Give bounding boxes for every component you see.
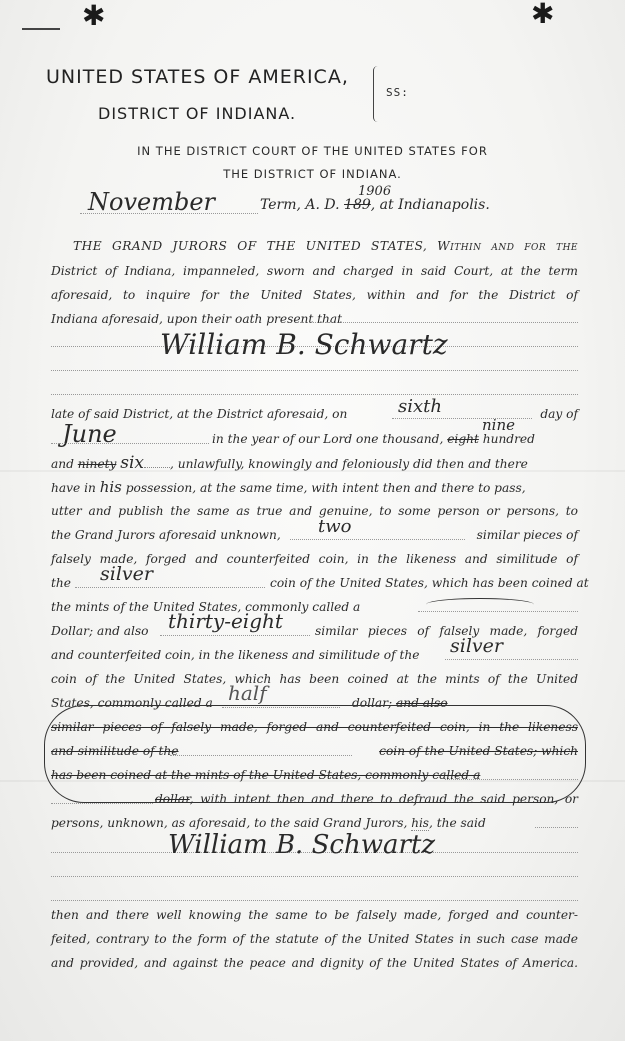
fill-line xyxy=(80,213,258,214)
handwritten-denomination: half xyxy=(228,681,267,705)
fill-line xyxy=(51,370,578,371)
handwritten-year: 1906 xyxy=(358,184,391,199)
pen-curve-mark xyxy=(426,598,534,611)
body-line: similar pieces of falsely made, forged xyxy=(315,623,578,639)
handwritten-count: thirty-eight xyxy=(168,609,283,633)
handwritten-metal: silver xyxy=(100,563,153,585)
court-title-line-1: IN THE DISTRICT COURT OF THE UNITED STAT… xyxy=(0,144,625,158)
fill-line xyxy=(51,394,578,395)
handwritten-metal: silver xyxy=(450,635,503,657)
struck-word: ninety xyxy=(78,457,117,471)
body-line: utter and publish the same as true and g… xyxy=(51,503,578,519)
handwritten-term-month: November xyxy=(88,188,215,216)
fill-line xyxy=(51,803,153,804)
pen-oval-mark xyxy=(44,705,586,803)
header-district: DISTRICT OF INDIANA. xyxy=(98,104,296,123)
asterisk-hole-icon: ✱ xyxy=(531,0,554,28)
struck-word: eight xyxy=(447,432,479,446)
body-line: have in his possession, at the same time… xyxy=(51,479,578,496)
term-label: Term, A. D. 189, at Indianapolis. xyxy=(260,197,490,213)
closing-line: feited, contrary to the form of the stat… xyxy=(51,931,578,947)
fill-line xyxy=(300,322,578,323)
ss-label: SS: xyxy=(386,86,409,99)
brace-mark xyxy=(373,66,382,122)
corner-dash-mark xyxy=(22,28,60,30)
fill-line xyxy=(51,443,209,444)
body-line: coin of the United States, which has bee… xyxy=(270,575,578,591)
preamble-line: THE GRAND JURORS OF THE UNITED STATES, W… xyxy=(51,238,578,254)
preamble-line: aforesaid, to inquire for the United Sta… xyxy=(51,287,578,303)
body-line: similar pieces of xyxy=(51,527,578,543)
struck-year: 189 xyxy=(344,197,371,213)
fill-line xyxy=(418,611,578,612)
handwritten-defendant-name-2: William B. Schwartz xyxy=(168,830,435,860)
handwritten-insert: nine xyxy=(482,416,515,434)
body-line: and ninety six, unlawfully, knowingly an… xyxy=(51,455,578,472)
body-line: in the year of our Lord one thousand, ei… xyxy=(212,431,578,447)
handwritten-insert: his xyxy=(100,478,122,496)
fill-line xyxy=(535,827,578,828)
header-country: UNITED STATES OF AMERICA, xyxy=(46,66,349,88)
body-line: persons, unknown, as aforesaid, to the s… xyxy=(51,815,578,831)
fill-line xyxy=(75,587,265,588)
preamble-line: Indiana aforesaid, upon their oath prese… xyxy=(51,311,578,327)
handwritten-insert: his xyxy=(411,816,429,831)
fill-line xyxy=(51,900,578,901)
closing-line: and provided, and against the peace and … xyxy=(51,955,578,971)
closing-line: then and there well knowing the same to … xyxy=(51,907,578,923)
fill-line xyxy=(445,659,578,660)
handwritten-insert: six xyxy=(120,453,144,473)
preamble-line: District of Indiana, impanneled, sworn a… xyxy=(51,263,578,279)
fill-line xyxy=(160,635,310,636)
fill-line xyxy=(51,876,578,877)
handwritten-defendant-name: William B. Schwartz xyxy=(160,328,448,361)
court-title-line-2: THE DISTRICT OF INDIANA. xyxy=(0,167,625,181)
body-line: coin of the United States, which has bee… xyxy=(51,671,578,687)
asterisk-hole-icon: ✱ xyxy=(82,2,105,30)
document-page: ✱ ✱ UNITED STATES OF AMERICA, DISTRICT O… xyxy=(0,0,625,1041)
